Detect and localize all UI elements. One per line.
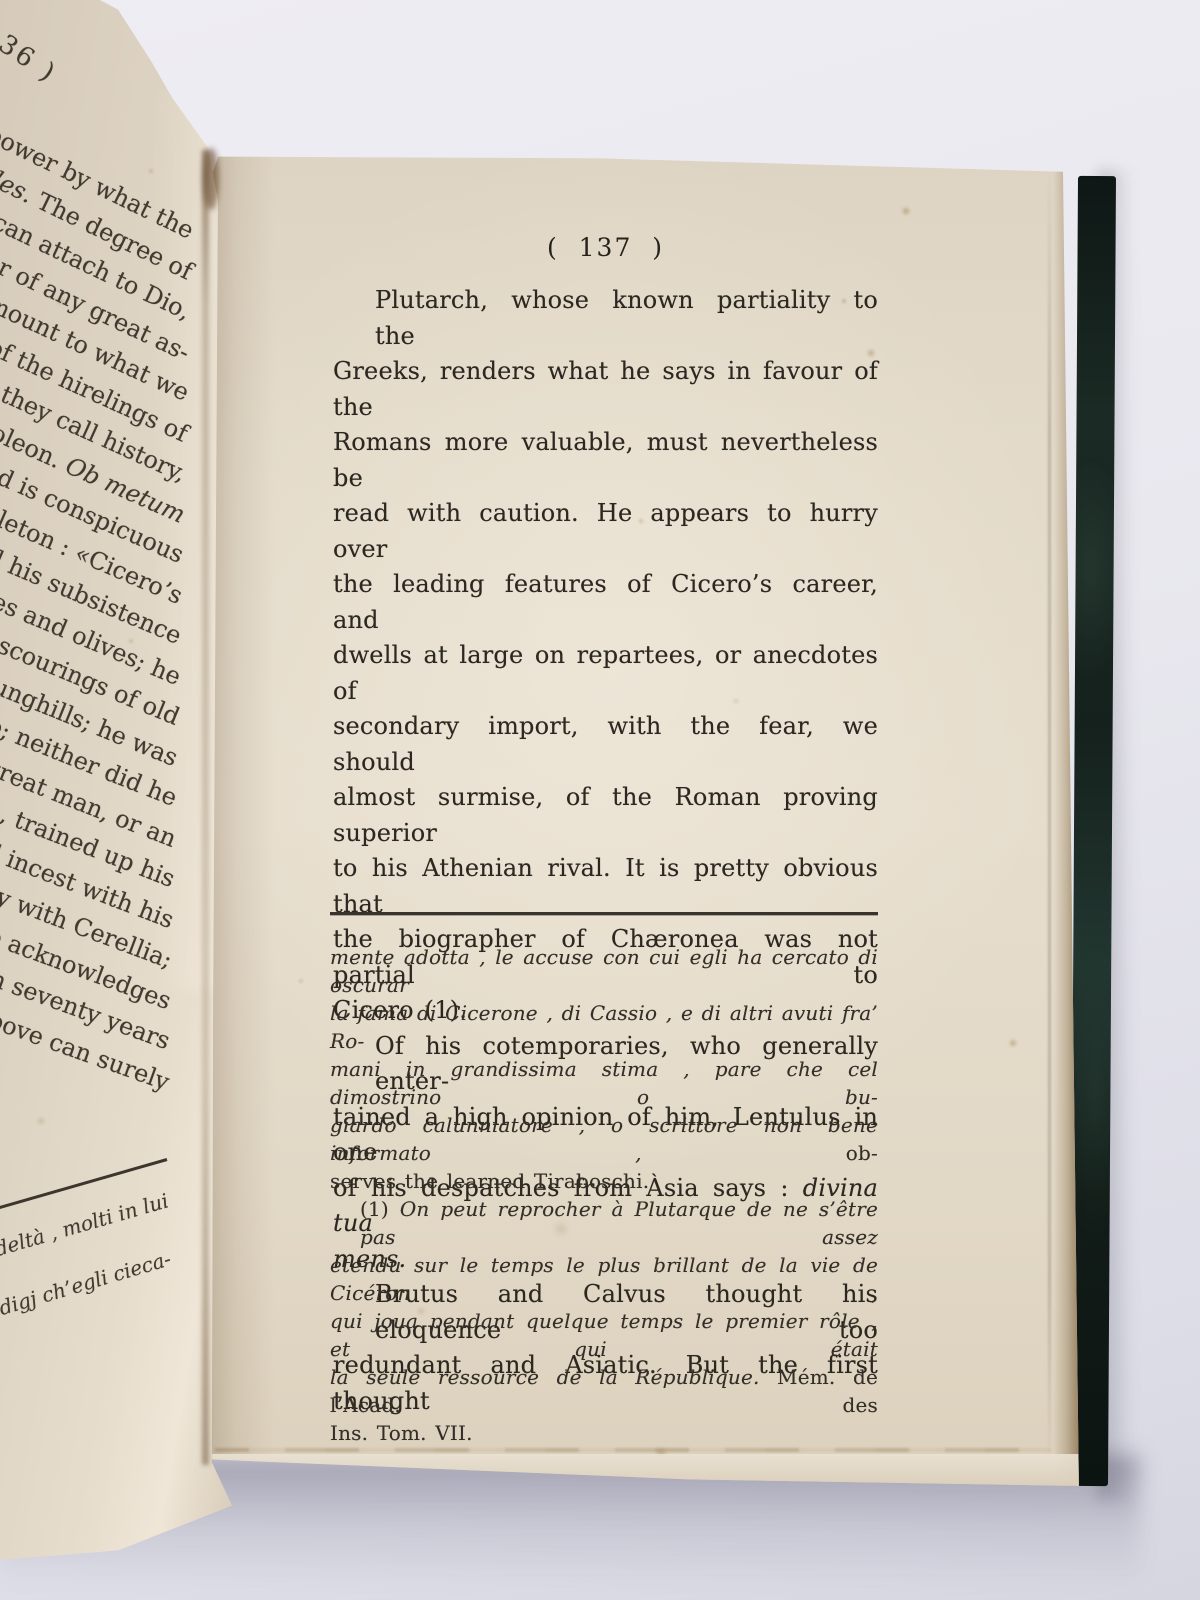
foxing-spots-left xyxy=(0,0,2,2)
gutter-crease xyxy=(202,150,209,1465)
footnote-block: mente adotta , le accuse con cui egli ha… xyxy=(330,943,878,1447)
text-line: i prodigj ch’egli cieca- xyxy=(0,1246,173,1333)
book-photo: ( 137 ) Plutarch, whose known partiality… xyxy=(0,0,1200,1600)
page-number-right: ( 137 ) xyxy=(333,233,878,262)
text-line: giardo calunniatore , o scrittore non be… xyxy=(330,1111,878,1167)
text-line: mente adotta , le accuse con cui egli ha… xyxy=(330,943,878,999)
text-line: Ins. Tom. VII. xyxy=(330,1419,878,1447)
text-line: Romans more valuable, must nevertheless … xyxy=(333,425,878,496)
text-line: the leading features of Cicero’s career,… xyxy=(333,567,878,638)
text-line: la fama di Cicerone , di Cassio , e di a… xyxy=(330,999,878,1055)
book-cover-edge xyxy=(1070,176,1116,1486)
waterstain xyxy=(215,1448,1051,1452)
footnote-rule xyxy=(330,912,878,915)
text-line: étendu sur le temps le plus brillant de … xyxy=(330,1251,878,1307)
page-number-left: 136 ) xyxy=(0,18,62,89)
text-line: dwells at large on repartees, or anecdot… xyxy=(333,638,878,709)
text-line: la seule ressource de la République. Mém… xyxy=(330,1363,878,1419)
text-line: Greeks, renders what he says in favour o… xyxy=(333,354,878,425)
text-line: read with caution. He appears to hurry o… xyxy=(333,496,878,567)
text-line: mani in grandissima stima , pare che cel… xyxy=(330,1055,878,1111)
fore-edge-crease xyxy=(1048,165,1051,1473)
text-line: Plutarch, whose known partiality to the xyxy=(333,283,878,354)
text-line: (1) On peut reprocher à Plutarque de ne … xyxy=(330,1195,878,1251)
text-line: secondary import, with the fear, we shou… xyxy=(333,709,878,780)
right-page: ( 137 ) Plutarch, whose known partiality… xyxy=(205,155,1085,1490)
text-line: qui joua pendant quelque temps le premie… xyxy=(330,1307,878,1363)
text-line: serves the learned Tiraboschi. xyxy=(330,1167,878,1195)
text-line: almost surmise, of the Roman proving sup… xyxy=(333,780,878,851)
